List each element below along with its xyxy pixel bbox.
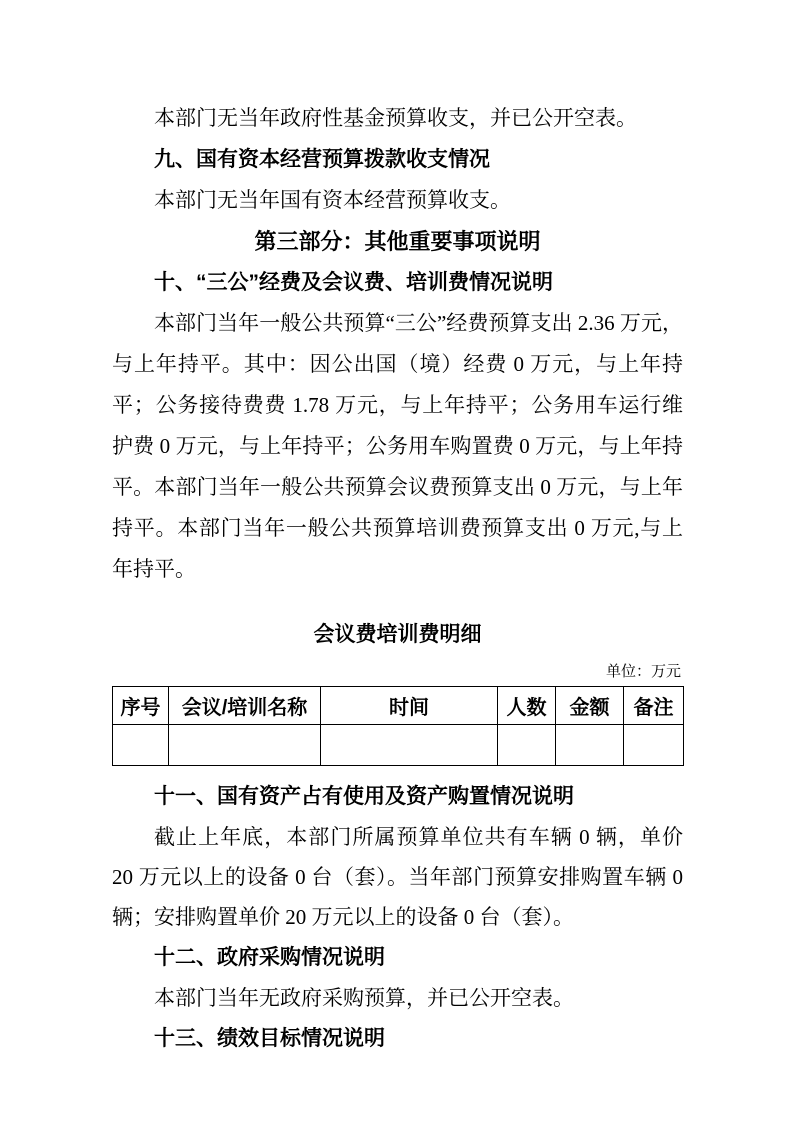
table-cell-seq: [113, 725, 169, 766]
heading-section-10: 十、“三公”经费及会议费、培训费情况说明: [112, 262, 683, 303]
table-cell-note: [624, 725, 684, 766]
heading-section-11: 十一、国有资产占有使用及资产购置情况说明: [112, 776, 683, 817]
heading-part-3: 第三部分：其他重要事项说明: [112, 221, 683, 262]
heading-section-12: 十二、政府采购情况说明: [112, 937, 683, 978]
table-title: 会议费培训费明细: [112, 620, 683, 650]
table-row: [113, 725, 684, 766]
paragraph-sangong-expenses: 本部门当年一般公共预算“三公”经费预算支出 2.36 万元，与上年持平。其中：因…: [112, 303, 683, 590]
paragraph-assets: 截止上年底，本部门所属预算单位共有车辆 0 辆，单价 20 万元以上的设备 0 …: [112, 817, 683, 937]
paragraph-state-capital: 本部门无当年国有资本经营预算收支。: [112, 180, 683, 221]
table-header-people: 人数: [498, 687, 556, 725]
heading-section-13: 十三、绩效目标情况说明: [112, 1018, 683, 1059]
table-cell-people: [498, 725, 556, 766]
table-header-time: 时间: [321, 687, 498, 725]
table-header-name: 会议/培训名称: [169, 687, 321, 725]
table-header-note: 备注: [624, 687, 684, 725]
table-cell-time: [321, 725, 498, 766]
table-header-seq: 序号: [113, 687, 169, 725]
table-cell-name: [169, 725, 321, 766]
table-unit-label: 单位：万元: [112, 662, 683, 682]
table-header-row: 序号 会议/培训名称 时间 人数 金额 备注: [113, 687, 684, 725]
document-page: 本部门无当年政府性基金预算收支，并已公开空表。 九、国有资本经营预算拨款收支情况…: [0, 0, 793, 1122]
meeting-training-table: 序号 会议/培训名称 时间 人数 金额 备注: [112, 686, 684, 766]
paragraph-gov-fund: 本部门无当年政府性基金预算收支，并已公开空表。: [112, 98, 683, 139]
table-header-amount: 金额: [556, 687, 624, 725]
table-cell-amount: [556, 725, 624, 766]
heading-section-9: 九、国有资本经营预算拨款收支情况: [112, 139, 683, 180]
paragraph-procurement: 本部门当年无政府采购预算，并已公开空表。: [112, 978, 683, 1018]
